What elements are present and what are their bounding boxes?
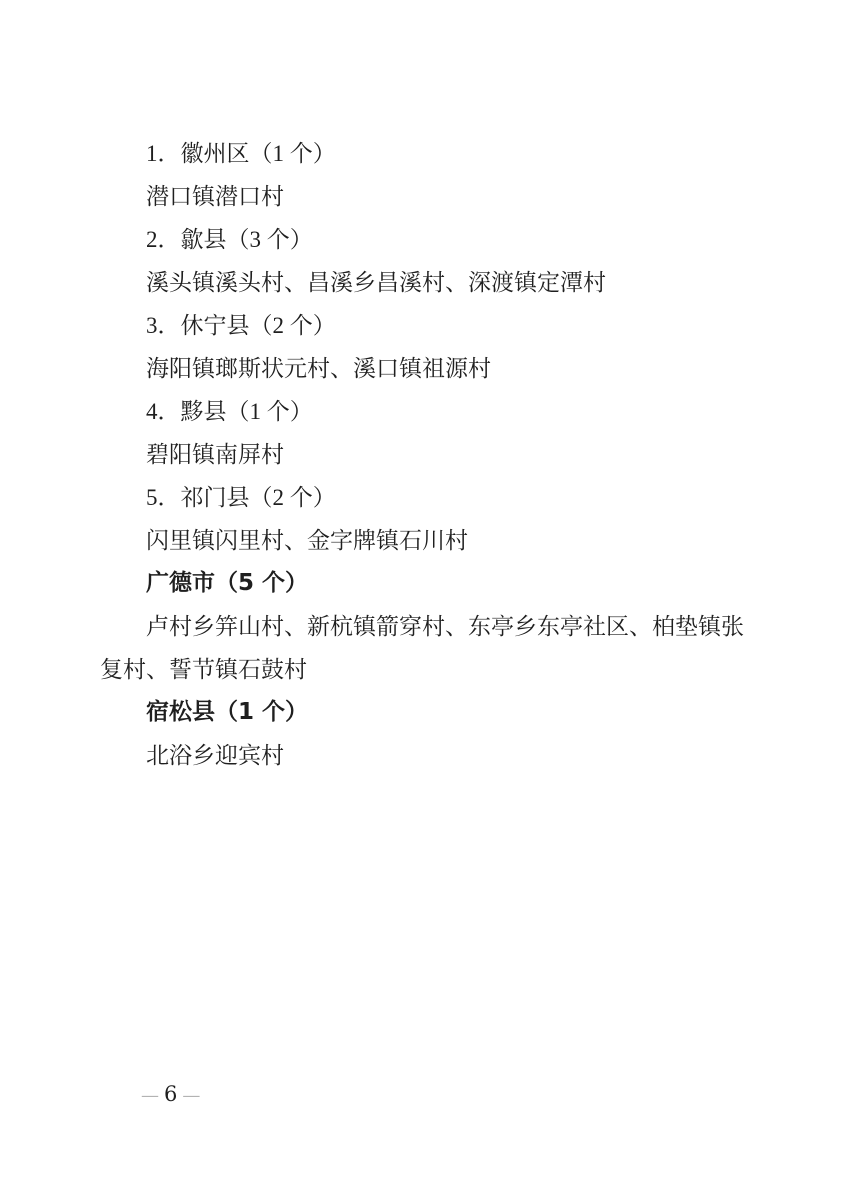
numbered-heading-line: 3．休宁县（2 个） [100, 304, 752, 347]
document-page: 1．徽州区（1 个） 潜口镇潜口村 2．歙县（3 个） 溪头镇溪头村、昌溪乡昌溪… [0, 0, 848, 1200]
village-list-line: 海阳镇瑯斯状元村、溪口镇祖源村 [100, 347, 752, 390]
village-list-line: 北浴乡迎宾村 [100, 734, 752, 777]
page-footer: —6— [136, 1080, 205, 1108]
city-heading-line: 宿松县（1 个） [100, 691, 752, 734]
numbered-heading-line: 4．黟县（1 个） [100, 390, 752, 433]
village-list-line: 潜口镇潜口村 [100, 175, 752, 218]
city-heading-line: 广德市（5 个） [100, 562, 752, 605]
footer-dash-right: — [177, 1085, 205, 1106]
village-list-continuation-line: 复村、誓节镇石鼓村 [100, 648, 752, 691]
numbered-heading-line: 5．祁门县（2 个） [100, 476, 752, 519]
village-list-line: 闪里镇闪里村、金字牌镇石川村 [100, 519, 752, 562]
village-list-line: 碧阳镇南屏村 [100, 433, 752, 476]
footer-dash-left: — [136, 1085, 164, 1106]
numbered-heading-line: 2．歙县（3 个） [100, 218, 752, 261]
village-list-line: 卢村乡笄山村、新杭镇箭穿村、东亭乡东亭社区、柏垫镇张 [100, 605, 752, 648]
page-number: 6 [164, 1082, 177, 1106]
numbered-heading-line: 1．徽州区（1 个） [100, 132, 752, 175]
document-body: 1．徽州区（1 个） 潜口镇潜口村 2．歙县（3 个） 溪头镇溪头村、昌溪乡昌溪… [100, 132, 752, 777]
village-list-line: 溪头镇溪头村、昌溪乡昌溪村、深渡镇定潭村 [100, 261, 752, 304]
